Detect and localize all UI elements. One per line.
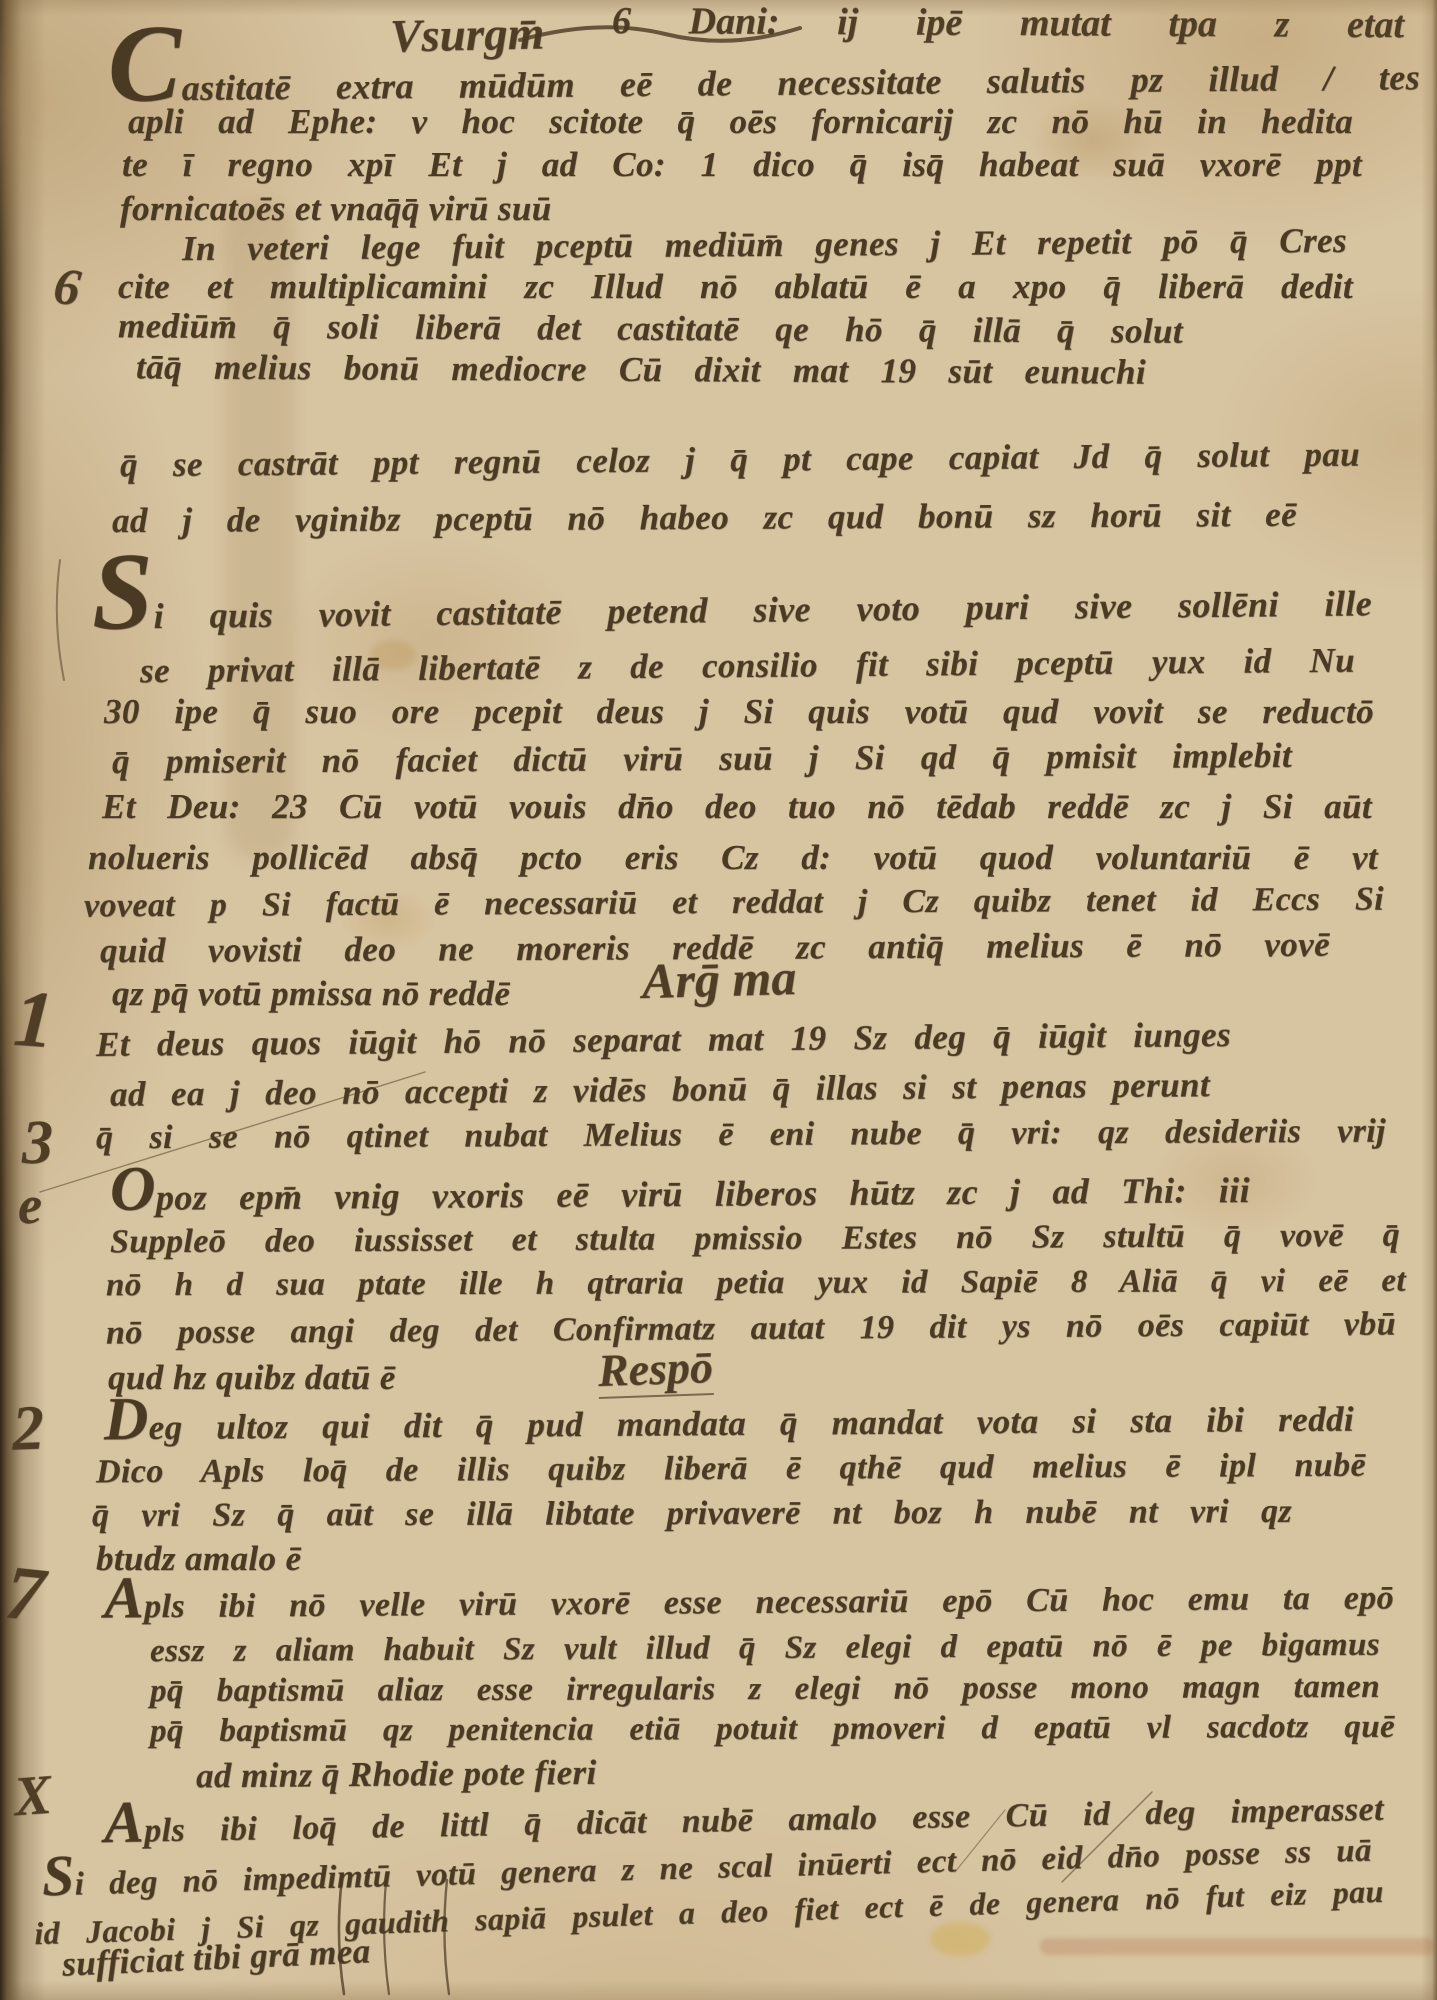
manuscript-page: Vsurgm̄ 6 Dani: ij ipē mutat tpa z etat … xyxy=(0,0,1437,2000)
manuscript-line: voveat p Si factū ē necessariū et reddat… xyxy=(84,883,1384,924)
manuscript-line: Deg ultoz qui dit q̄ pud mandata q̄ mand… xyxy=(104,1402,1354,1446)
manuscript-line: In veteri lege fuit pceptū mediūm̄ genes… xyxy=(182,223,1347,266)
margin-mark: 2 xyxy=(11,1395,45,1460)
manuscript-line: Dico Apls loq̄ de illis quibz liberā ē q… xyxy=(96,1449,1366,1490)
manuscript-line: nolueris pollicēd absq̄ pcto eris Cz d: … xyxy=(88,840,1378,875)
scripture-reference-header: 6 Dani: ij ipē mutat tpa z etat xyxy=(612,2,1404,44)
manuscript-line: essz z aliam habuit Sz vult illud q̄ Sz … xyxy=(150,1629,1380,1668)
manuscript-line: qud hz quibz datū ē xyxy=(108,1360,528,1395)
manuscript-line: mediūm̄ q̄ soli liberā det castitatē qe … xyxy=(118,308,1183,349)
manuscript-line: cite et multiplicamini zc Illud nō ablat… xyxy=(118,269,1353,304)
manuscript-line: 30 ipe q̄ suo ore pcepit deus j Si quis … xyxy=(104,694,1374,729)
manuscript-line: qz pq̄ votū pmissa nō reddē xyxy=(112,976,627,1011)
margin-mark: e xyxy=(18,1178,42,1232)
manuscript-line: pq̄ baptismū aliaz esse irregularis z el… xyxy=(150,1671,1380,1708)
manuscript-line: Et deus quos iūgit hō nō separat mat 19 … xyxy=(96,1017,1231,1062)
manuscript-line: q̄ si se nō qtinet nubat Melius ē eni nu… xyxy=(96,1115,1386,1156)
margin-mark: X xyxy=(12,1767,53,1825)
manuscript-line: Opoz epm̄ vnig vxoris eē virū liberos hū… xyxy=(110,1172,1250,1216)
manuscript-line: nō h d sua ptate ille h qtraria petia yu… xyxy=(106,1265,1406,1303)
manuscript-line: ad j de vginibz pceptū nō habeo zc qud b… xyxy=(112,497,1297,538)
margin-mark: 3 xyxy=(22,1112,53,1174)
manuscript-line: fornicatoēs et vnaq̄q̄ virū suū xyxy=(120,191,760,226)
margin-mark: 7 xyxy=(2,1554,48,1634)
manuscript-line: apli ad Ephe: v hoc scitote q̄ oēs forni… xyxy=(128,104,1353,139)
manuscript-line: q̄ vri Sz q̄ aūt se illā libtate privave… xyxy=(92,1495,1292,1533)
manuscript-line: Suppleō deo iussisset et stulta pmissio … xyxy=(110,1219,1400,1260)
manuscript-line: pq̄ baptismū qz penitencia etiā potuit p… xyxy=(150,1711,1395,1748)
manuscript-line: quid vovisti deo ne moreris reddē zc ant… xyxy=(100,927,1330,968)
page-title: Vsurgm̄ xyxy=(390,10,545,60)
margin-mark: 1 xyxy=(11,979,56,1062)
manuscript-line: tāq̄ melius bonū mediocre Cū dixit mat 1… xyxy=(136,349,1146,389)
responsio-heading: Respō xyxy=(597,1344,714,1399)
manuscript-line: te ī regno xpī Et j ad Co: 1 dico q̄ isq… xyxy=(122,147,1362,182)
manuscript-line: ad ea j deo nō accepti z vidēs bonū q̄ i… xyxy=(110,1067,1210,1112)
manuscript-line: ad minz q̄ Rhodie pote fieri xyxy=(196,1754,736,1794)
manuscript-line: q̄ pmiserit nō faciet dictū virū suū j S… xyxy=(112,738,1292,779)
manuscript-line: Et Deu: 23 Cū votū vouis dn̄o deo tuo nō… xyxy=(102,789,1372,824)
